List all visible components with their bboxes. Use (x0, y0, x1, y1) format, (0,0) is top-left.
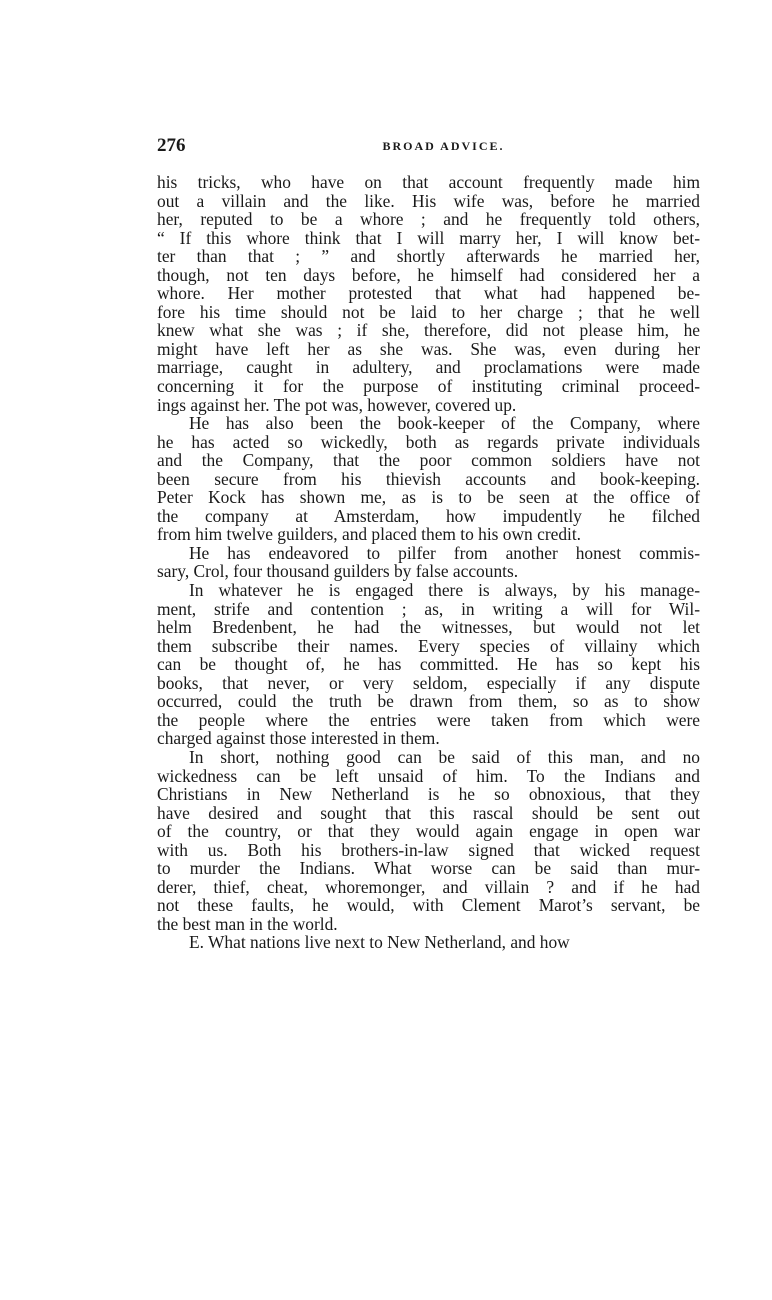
paragraph: In short, nothing good can be said of th… (157, 748, 700, 933)
paragraph: He has also been the book-keeper of the … (157, 414, 700, 544)
text-line: He has also been the book-keeper of the … (157, 414, 700, 433)
text-line: of the country, or that they would again… (157, 822, 700, 841)
running-title: BROAD ADVICE. (157, 139, 700, 154)
text-line: ment, strife and contention ; as, in wri… (157, 600, 700, 619)
text-line: occurred, could the truth be drawn from … (157, 692, 700, 711)
text-line: derer, thief, cheat, whoremonger, and vi… (157, 878, 700, 897)
text-line: can be thought of, he has committed. He … (157, 655, 700, 674)
text-line: E. What nations live next to New Netherl… (157, 933, 700, 952)
text-line: though, not ten days before, he himself … (157, 266, 700, 285)
text-line: not these faults, he would, with Clement… (157, 896, 700, 915)
text-line: books, that never, or very seldom, espec… (157, 674, 700, 693)
text-line: ter than that ; ” and shortly afterwards… (157, 247, 700, 266)
text-line: ings against her. The pot was, however, … (157, 396, 700, 415)
paragraph: He has endeavored to pilfer from another… (157, 544, 700, 581)
text-line: been secure from his thievish accounts a… (157, 470, 700, 489)
text-line: helm Bredenbent, he had the witnesses, b… (157, 618, 700, 637)
text-line: In whatever he is engaged there is alway… (157, 581, 700, 600)
text-line: out a villain and the like. His wife was… (157, 192, 700, 211)
text-line: “ If this whore think that I will marry … (157, 229, 700, 248)
text-line: the best man in the world. (157, 915, 700, 934)
text-line: the company at Amsterdam, how impudently… (157, 507, 700, 526)
text-line: In short, nothing good can be said of th… (157, 748, 700, 767)
running-head: 276 BROAD ADVICE. (157, 135, 700, 165)
paragraph: In whatever he is engaged there is alway… (157, 581, 700, 748)
text-line: charged against those interested in them… (157, 729, 700, 748)
text-line: knew what she was ; if she, therefore, d… (157, 321, 700, 340)
text-line: her, reputed to be a whore ; and he freq… (157, 210, 700, 229)
text-line: to murder the Indians. What worse can be… (157, 859, 700, 878)
text-line: sary, Crol, four thousand guilders by fa… (157, 562, 700, 581)
text-line: concerning it for the purpose of institu… (157, 377, 700, 396)
text-line: Peter Kock has shown me, as is to be see… (157, 488, 700, 507)
text-line: his tricks, who have on that account fre… (157, 173, 700, 192)
book-page: 276 BROAD ADVICE. his tricks, who have o… (157, 135, 700, 952)
text-line: with us. Both his brothers-in-law signed… (157, 841, 700, 860)
text-line: whore. Her mother protested that what ha… (157, 284, 700, 303)
paragraph: E. What nations live next to New Netherl… (157, 933, 700, 952)
text-line: them subscribe their names. Every specie… (157, 637, 700, 656)
text-line: he has acted so wickedly, both as regard… (157, 433, 700, 452)
text-line: Christians in New Netherland is he so ob… (157, 785, 700, 804)
text-line: and the Company, that the poor common so… (157, 451, 700, 470)
body-text: his tricks, who have on that account fre… (157, 173, 700, 952)
text-line: fore his time should not be laid to her … (157, 303, 700, 322)
text-line: the people where the entries were taken … (157, 711, 700, 730)
text-line: might have left her as she was. She was,… (157, 340, 700, 359)
text-line: marriage, caught in adultery, and procla… (157, 358, 700, 377)
text-line: He has endeavored to pilfer from another… (157, 544, 700, 563)
text-line: wickedness can be left unsaid of him. To… (157, 767, 700, 786)
paragraph: his tricks, who have on that account fre… (157, 173, 700, 414)
text-line: have desired and sought that this rascal… (157, 804, 700, 823)
text-line: from him twelve guilders, and placed the… (157, 525, 700, 544)
